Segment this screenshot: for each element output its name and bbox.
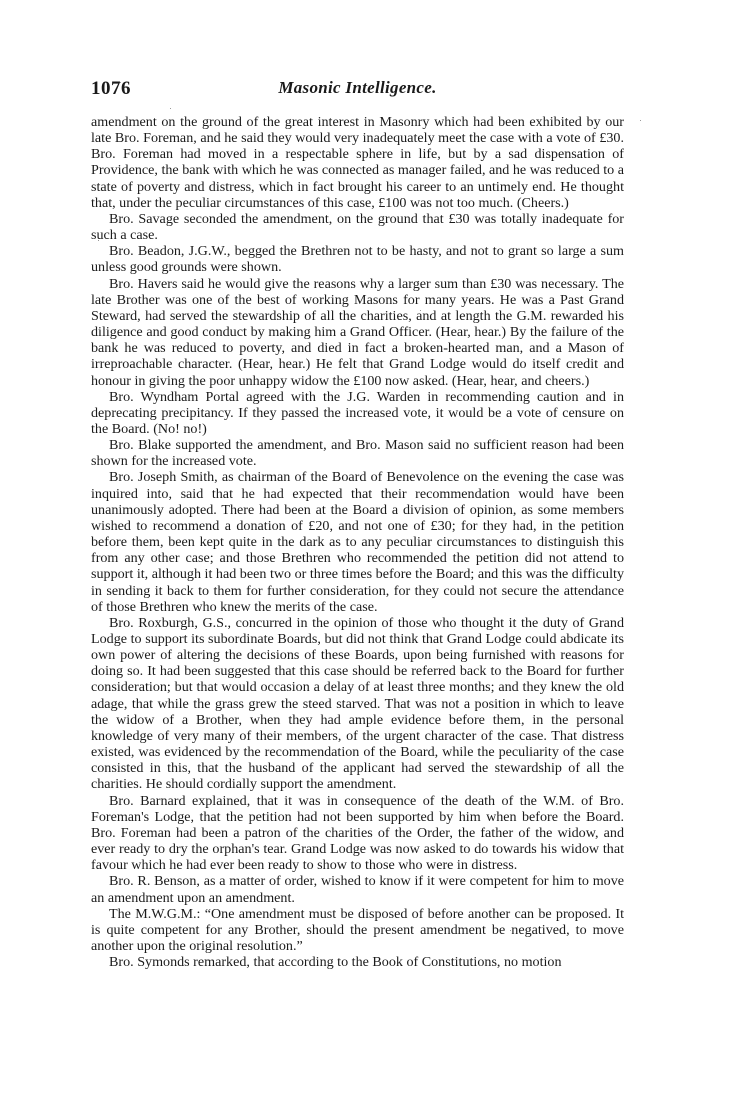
paragraph-portal: Bro. Wyndham Portal agreed with the J.G.… [91,389,624,437]
paragraph-roxburgh: Bro. Roxburgh, G.S., concurred in the op… [91,615,624,793]
paragraph-benson: Bro. R. Benson, as a matter of order, wi… [91,873,624,905]
paragraph-savage: Bro. Savage seconded the amendment, on t… [91,211,624,243]
scan-speckle [386,412,387,413]
scan-speckle [640,120,641,121]
running-head: 1076 Masonic Intelligence. [91,76,624,100]
paragraph-symonds: Bro. Symonds remarked, that according to… [91,954,624,970]
paragraph-beadon: Bro. Beadon, J.G.W., begged the Brethren… [91,243,624,275]
paragraph-mwgm: The M.W.G.M.: “One amendment must be dis… [91,906,624,954]
scan-speckle [510,930,511,931]
paragraph-barnard: Bro. Barnard explained, that it was in c… [91,793,624,874]
paragraph-blake-mason: Bro. Blake supported the amendment, and … [91,437,624,469]
running-title: Masonic Intelligence. [91,78,624,98]
paragraph-havers: Bro. Havers said he would give the reaso… [91,276,624,389]
scan-speckle [98,240,99,241]
scan-speckle [120,82,121,83]
paragraph-foreman-amendment: amendment on the ground of the great int… [91,114,624,211]
article-body: amendment on the ground of the great int… [91,114,624,970]
document-page: 1076 Masonic Intelligence. amendment on … [91,76,624,970]
scan-speckle [420,310,421,311]
scan-speckle [170,108,171,109]
paragraph-joseph-smith: Bro. Joseph Smith, as chairman of the Bo… [91,469,624,614]
